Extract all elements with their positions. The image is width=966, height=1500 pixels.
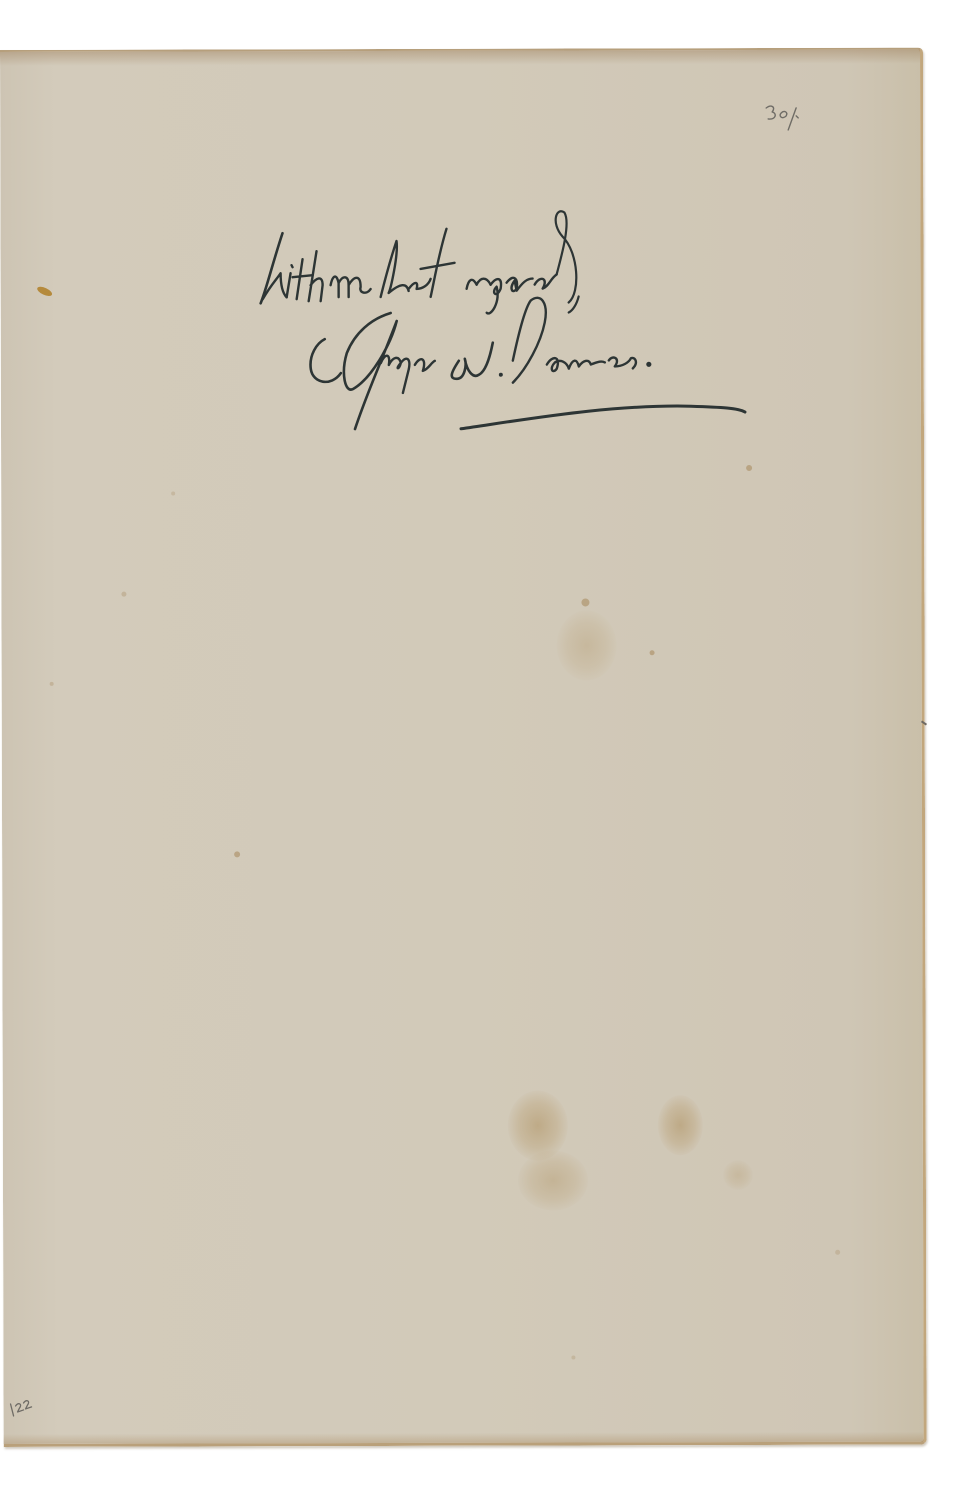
foxing-stain [556,610,616,680]
foxing-speck [650,650,655,655]
corner-note-text: 122 [0,52,1,53]
foxing-stain [518,1150,588,1210]
foxing-speck [581,598,589,606]
foxing-speck [746,465,752,471]
foxing-speck [571,1355,575,1359]
photo-scene: 30/- [0,0,966,1500]
inscription-line-1: With the best regards, [0,52,1,53]
ink-blot [36,285,53,298]
foxing-stain [658,1095,703,1155]
inscription-signature: George W. Jones. [0,52,1,53]
book-flyleaf-page: 30/- [0,48,927,1447]
handwritten-inscription [250,192,761,433]
foxing-speck [234,851,240,857]
foxing-speck [50,682,54,686]
foxing-speck [121,592,126,597]
foxing-speck [171,492,175,496]
price-note-text: 30/- [0,52,1,53]
foxing-stain [723,1160,753,1190]
pencil-corner-note [8,1398,34,1418]
pencil-price-note [762,102,812,142]
foxing-speck [835,1250,840,1255]
